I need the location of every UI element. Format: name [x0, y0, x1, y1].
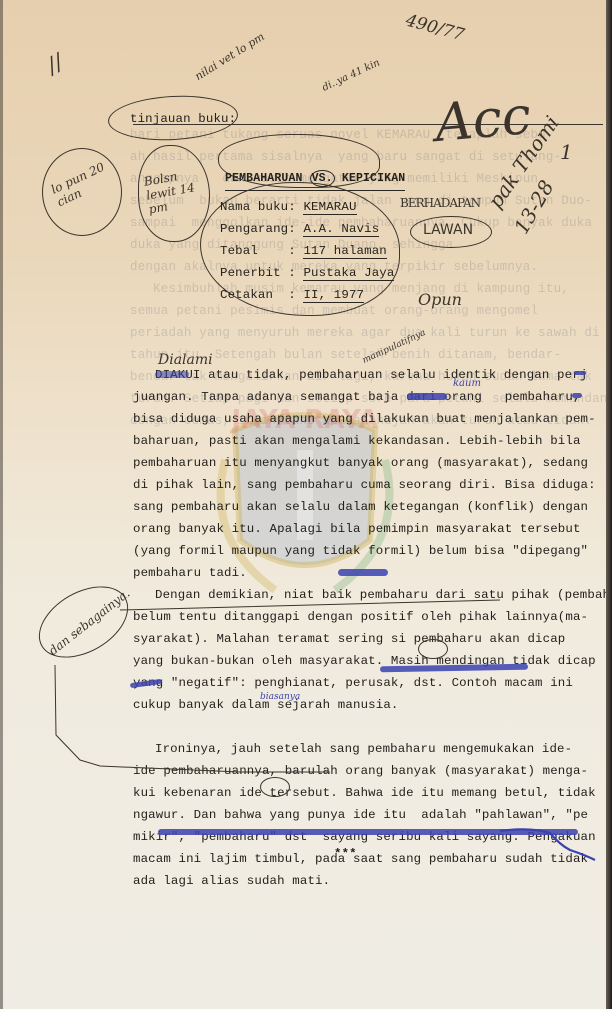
body-line: bisa diduga usaha apapun yang dilakukan …	[133, 408, 612, 430]
body-line: orang banyak itu. Apalagi bila pemimpin …	[133, 518, 612, 540]
book-info-row: Cetakan : II, 1977	[220, 284, 394, 306]
handwritten-note-top-2: di..ya 41 kin	[321, 57, 382, 93]
book-info-value: A.A. Navis	[303, 222, 379, 237]
book-info-row: Pengarang: A.A. Navis	[220, 218, 394, 240]
book-info-label: Nama buku:	[220, 200, 296, 214]
blue-strikeout	[407, 393, 447, 400]
book-info-value: Pustaka Jaya	[303, 266, 394, 281]
handwritten-ref-number: 490/77	[403, 11, 466, 46]
handwritten-slash-mark: //	[43, 50, 68, 79]
paper-right-edge	[606, 0, 612, 1009]
paper-left-edge	[0, 0, 3, 1009]
handwritten-mark-1: 1	[560, 140, 573, 164]
document-page: hari petani tukang seruas novel KEMARAU …	[0, 0, 606, 1009]
book-info-value: KEMARAU	[303, 200, 356, 215]
body-line: juangan. Tanpa adanya semangat baja dari…	[133, 386, 612, 408]
book-info-value: II, 1977	[303, 288, 364, 303]
handwritten-lawan: LAWAN	[423, 222, 473, 238]
section-separator: ***	[334, 843, 357, 865]
book-info-label: Tebal :	[220, 244, 296, 258]
blue-strike-tail	[500, 825, 600, 865]
body-line: pembaharuan itu menyangkut banyak orang …	[133, 452, 612, 474]
blue-strikeout	[572, 393, 582, 398]
handwritten-note-top-1: nilai vet lo pm	[193, 30, 267, 83]
book-info-row: Nama buku: KEMARAU	[220, 196, 394, 218]
book-info-value: 117 halaman	[303, 244, 386, 259]
book-info-label: Pengarang:	[220, 222, 296, 236]
book-info-label: Penerbit :	[220, 266, 296, 280]
title-right: KEPICIKAN	[342, 172, 405, 185]
blue-strikeout	[155, 371, 189, 378]
blue-strikeout	[574, 371, 586, 375]
book-info-row: Penerbit : Pustaka Jaya	[220, 262, 394, 284]
section-label: tinjauan buku:	[130, 108, 236, 130]
body-line: (yang formil maupun yang tidak formil) b…	[133, 540, 612, 562]
pencil-connector-line	[0, 560, 612, 810]
book-info-row: Tebal : 117 halaman	[220, 240, 394, 262]
body-line: ada lagi alias sudah mati.	[133, 870, 612, 892]
book-info-label: Cetakan :	[220, 288, 296, 302]
header-rule	[133, 124, 603, 125]
body-line: baharuan, pasti akan mengalami kekandasa…	[133, 430, 612, 452]
handwritten-berhadapan: BERHADAPAN	[400, 196, 480, 210]
body-line: DIAKUI atau tidak, pembaharuan selalu id…	[155, 364, 612, 386]
body-line: di pihak lain, sang pembaharu cuma seora…	[133, 474, 612, 496]
handwritten-signature-acc: Acc	[433, 86, 534, 154]
handwritten-opun: Opun	[418, 290, 462, 309]
body-line: sang pembaharu akan selalu dalam ketegan…	[133, 496, 612, 518]
book-info-table: Nama buku: KEMARAU Pengarang: A.A. Navis…	[220, 196, 394, 306]
